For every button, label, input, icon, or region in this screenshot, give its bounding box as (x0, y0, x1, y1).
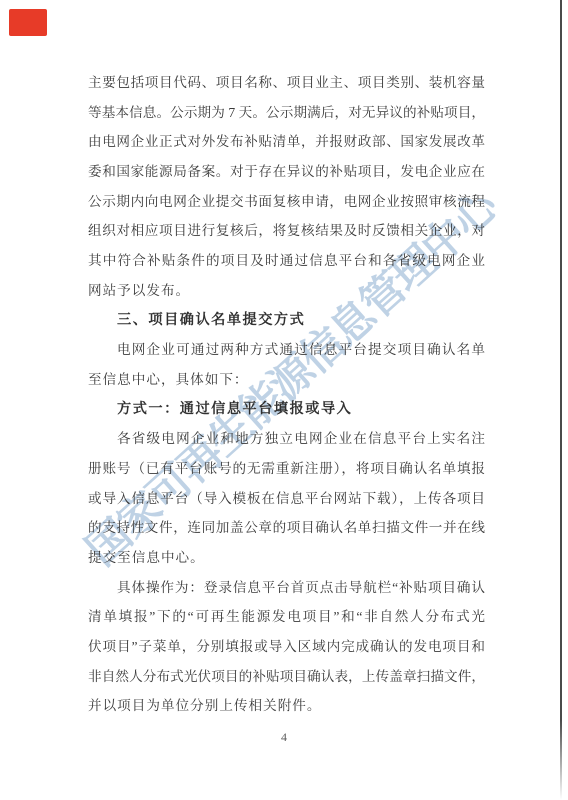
text-line: 至信息中心，具体如下： (88, 365, 485, 395)
document-page: 国家可再生能源信息管理中心 主要包括项目代码、项目名称、项目业主、项目类别、装机… (0, 0, 568, 800)
text-line: 其中符合补贴条件的项目及时通过信息平台和各省级电网企业 (88, 246, 485, 276)
red-marker (9, 9, 47, 36)
section-heading: 方式一：通过信息平台填报或导入 (88, 395, 485, 425)
text-line: 提交至信息中心。 (88, 543, 485, 573)
text-line: 具体操作为：登录信息平台首页点击导航栏“补贴项目确认 (88, 573, 485, 603)
text-line: 等基本信息。公示期为 7 天。公示期满后，对无异议的补贴项目， (88, 98, 485, 128)
text-line: 册账号（已有平台账号的无需重新注册），将项目确认名单填报 (88, 454, 485, 484)
text-line: 组织对相应项目进行复核后，将复核结果及时反馈相关企业，对 (88, 216, 485, 246)
text-line: 由电网企业正式对外发布补贴清单，并报财政部、国家发展改革 (88, 127, 485, 157)
body-text: 主要包括项目代码、项目名称、项目业主、项目类别、装机容量 等基本信息。公示期为 … (88, 68, 485, 721)
text-line: 并以项目为单位分别上传相关附件。 (88, 691, 485, 721)
text-line: 委和国家能源局备案。对于存在异议的补贴项目，发电企业应在 (88, 157, 485, 187)
scan-edge-line (560, 0, 562, 800)
text-line: 公示期内向电网企业提交书面复核申请，电网企业按照审核流程 (88, 187, 485, 217)
text-line: 清单填报”下的“可再生能源发电项目”和“非自然人分布式光 (88, 602, 485, 632)
page-number: 4 (0, 730, 568, 745)
text-line: 非自然人分布式光伏项目的补贴项目确认表，上传盖章扫描文件， (88, 662, 485, 692)
text-line: 各省级电网企业和地方独立电网企业在信息平台上实名注 (88, 424, 485, 454)
text-line: 伏项目”子菜单，分别填报或导入区域内完成确认的发电项目和 (88, 632, 485, 662)
text-line: 电网企业可通过两种方式通过信息平台提交项目确认名单 (88, 335, 485, 365)
text-line: 的支持性文件，连同加盖公章的项目确认名单扫描文件一并在线 (88, 513, 485, 543)
text-line: 主要包括项目代码、项目名称、项目业主、项目类别、装机容量 (88, 68, 485, 98)
text-line: 网站予以发布。 (88, 276, 485, 306)
text-line: 或导入信息平台（导入模板在信息平台网站下载），上传各项目 (88, 484, 485, 514)
section-heading: 三、项目确认名单提交方式 (88, 306, 485, 336)
